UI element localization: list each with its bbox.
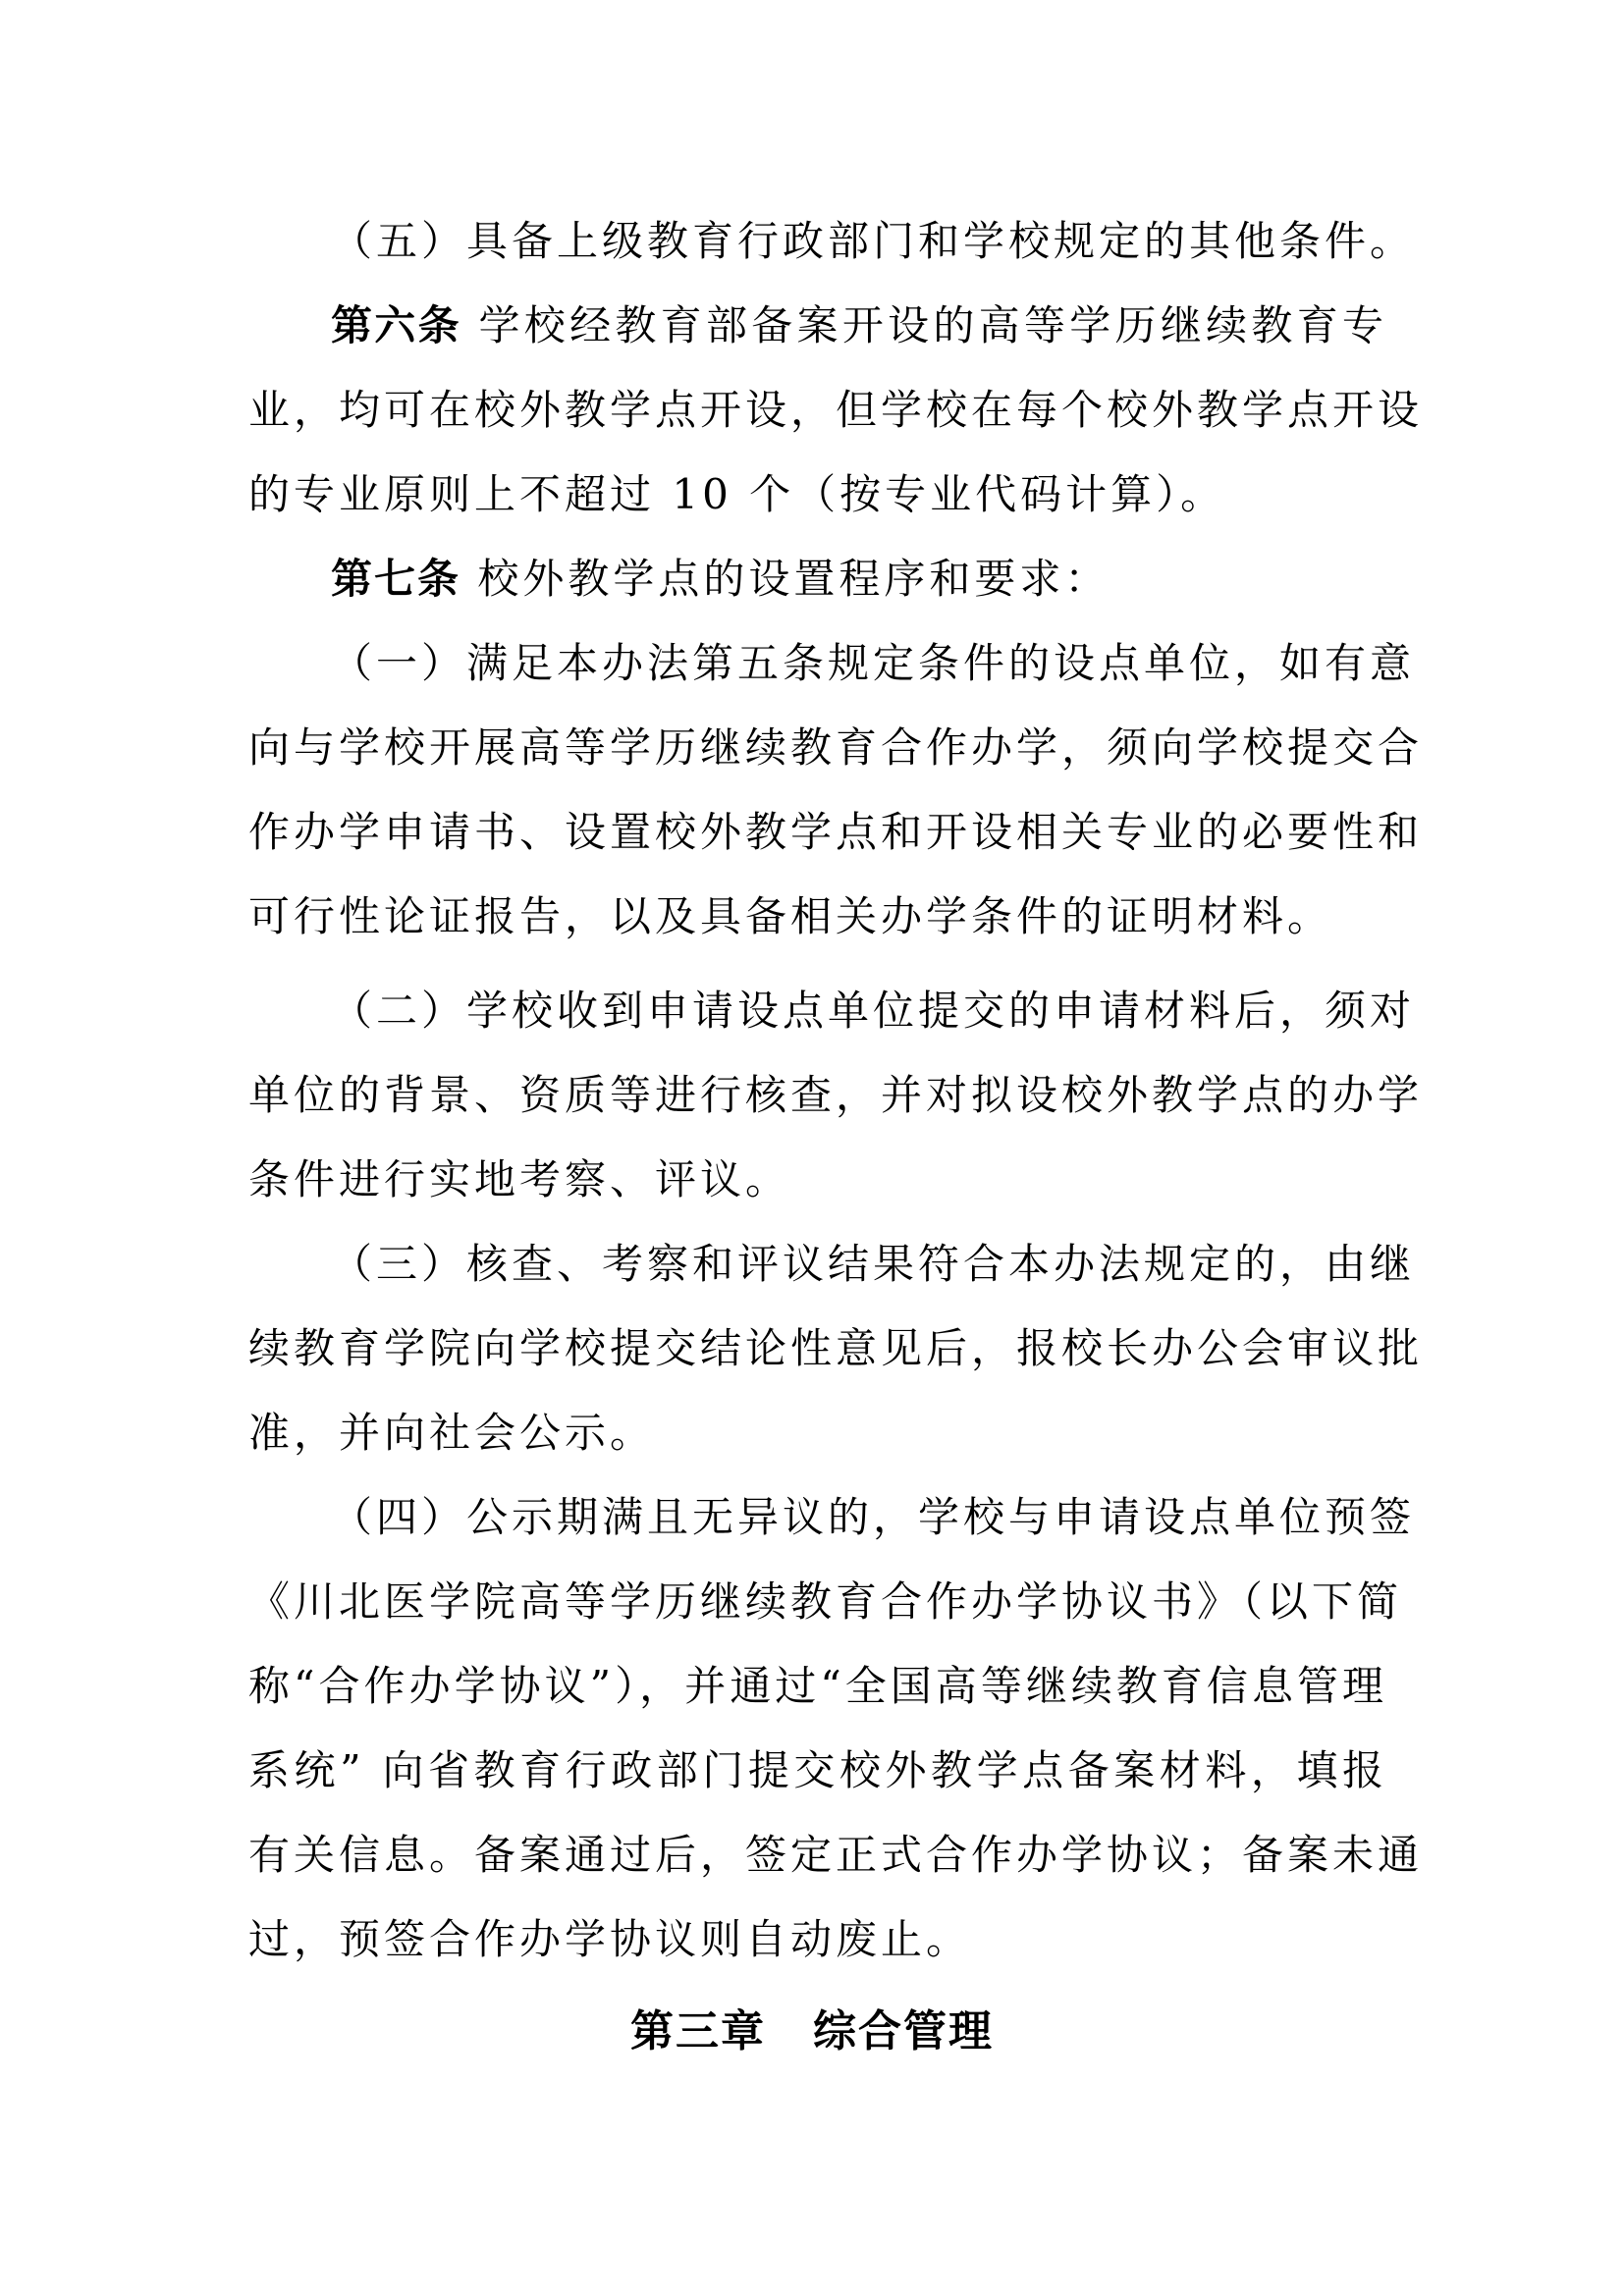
step-1-line-1: （一）满足本办法第五条规定条件的设点单位，如有意 xyxy=(331,634,1387,693)
step-4-line-6: 过，预签合作办学协议则自动废止。 xyxy=(248,1910,1387,1969)
article-7-text-1: 校外教学点的设置程序和要求： xyxy=(477,555,1110,603)
article-6-text-1: 学校经教育部备案开设的高等学历继续教育专 xyxy=(479,301,1387,349)
step-3-line-1: （三）核查、考察和评议结果符合本办法规定的，由继 xyxy=(331,1235,1387,1294)
chapter-number: 第三章 xyxy=(630,2006,766,2056)
step-2-line-3: 条件进行实地考察、评议。 xyxy=(248,1150,1387,1209)
step-4-line-1: （四）公示期满且无异议的，学校与申请设点单位预签 xyxy=(331,1488,1387,1547)
step-1-line-4: 可行性论证报告，以及具备相关办学条件的证明材料。 xyxy=(248,887,1387,946)
step-1-line-2: 向与学校开展高等学历继续教育合作办学，须向学校提交合 xyxy=(248,719,1387,777)
chapter-title: 综合管理 xyxy=(813,2006,994,2056)
article-6-line-3: 的专业原则上不超过 10 个（按专业代码计算）。 xyxy=(248,465,1387,524)
step-4-line-5: 有关信息。备案通过后，签定正式合作办学协议；备案未通 xyxy=(248,1826,1387,1885)
step-2-line-2: 单位的背景、资质等进行核查，并对拟设校外教学点的办学 xyxy=(248,1066,1387,1125)
chapter-heading: 第三章综合管理 xyxy=(0,2002,1624,2061)
step-4-line-3: 称“合作办学协议”），并通过“全国高等继续教育信息管理 xyxy=(248,1657,1387,1716)
article-6-label: 第六条 xyxy=(331,301,461,349)
article-7-label: 第七条 xyxy=(331,555,460,603)
step-3-line-2: 续教育学院向学校提交结论性意见后，报校长办公会审议批 xyxy=(248,1319,1387,1378)
step-1-line-3: 作办学申请书、设置校外教学点和开设相关专业的必要性和 xyxy=(248,803,1387,862)
step-3-line-3: 准，并向社会公示。 xyxy=(248,1404,1387,1463)
step-4-line-2: 《川北医学院高等学历继续教育合作办学协议书》（以下简 xyxy=(248,1573,1387,1631)
step-2-line-1: （二）学校收到申请设点单位提交的申请材料后，须对 xyxy=(331,982,1387,1041)
article-7-line-1: 第七条 校外教学点的设置程序和要求： xyxy=(331,550,1387,609)
article-6-line-2: 业，均可在校外教学点开设，但学校在每个校外教学点开设 xyxy=(248,381,1387,440)
document-page: （五）具备上级教育行政部门和学校规定的其他条件。 第六条 学校经教育部备案开设的… xyxy=(0,0,1624,2296)
article-6-line-1: 第六条 学校经教育部备案开设的高等学历继续教育专 xyxy=(331,296,1387,355)
item-5-line-1: （五）具备上级教育行政部门和学校规定的其他条件。 xyxy=(331,212,1387,271)
step-4-line-4: 系统” 向省教育行政部门提交校外教学点备案材料，填报 xyxy=(248,1741,1387,1800)
